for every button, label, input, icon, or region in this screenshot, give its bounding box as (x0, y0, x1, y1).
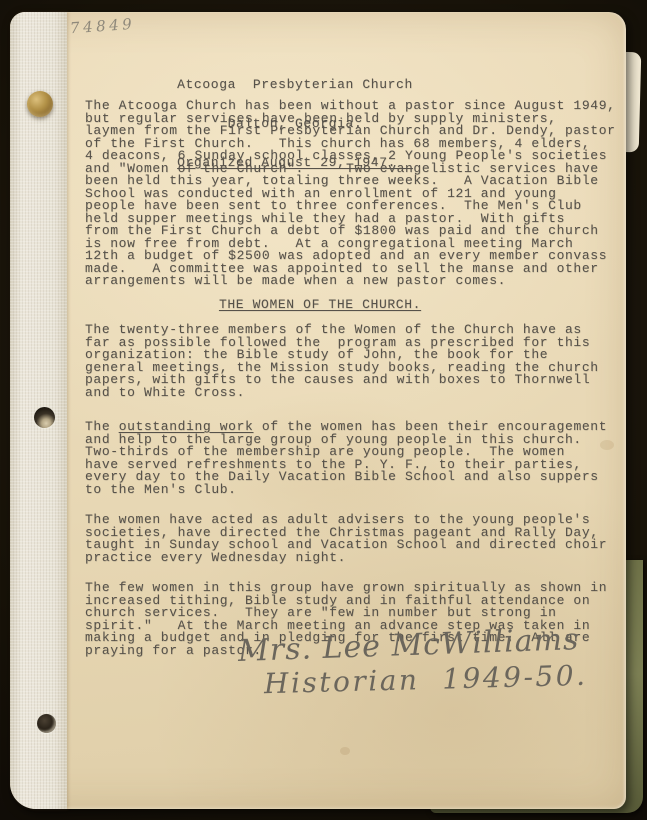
section-heading-text: THE WOMEN OF THE CHURCH. (219, 297, 421, 312)
punch-hole-middle (34, 407, 55, 428)
catalog-number: 74849 (69, 15, 135, 38)
paragraph-outstanding-work: The outstanding work of the women has be… (85, 421, 626, 496)
document-page: 74849 Atcooga Presbyterian Church Dalton… (10, 12, 626, 809)
paragraph-advisers: The women have acted as adult advisers t… (85, 514, 626, 564)
signature-title: Historian 1949-50. (264, 659, 588, 700)
paragraph-women-program: The twenty-three members of the Women of… (85, 324, 626, 399)
punch-hole-bottom (37, 714, 56, 733)
p3-rest: of the women has been their encouragemen… (85, 419, 607, 497)
scan-background: 74849 Atcooga Presbyterian Church Dalton… (0, 0, 647, 820)
paper-stain (340, 747, 350, 755)
section-heading: THE WOMEN OF THE CHURCH. (85, 299, 555, 312)
church-name: Atcooga Presbyterian Church (85, 78, 505, 91)
brass-fastener (27, 91, 53, 117)
paragraph-church-overview: The Atcooga Church has been without a pa… (85, 100, 626, 288)
